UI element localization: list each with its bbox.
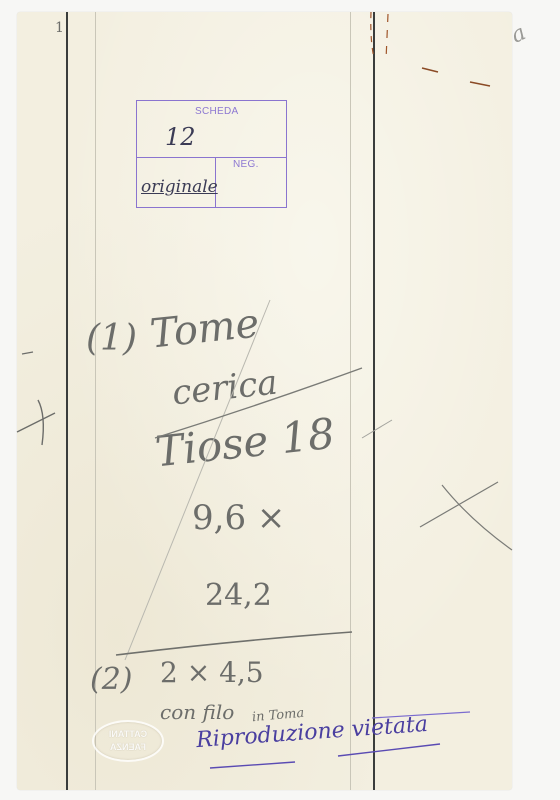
pencil-strokes: [0, 0, 560, 800]
